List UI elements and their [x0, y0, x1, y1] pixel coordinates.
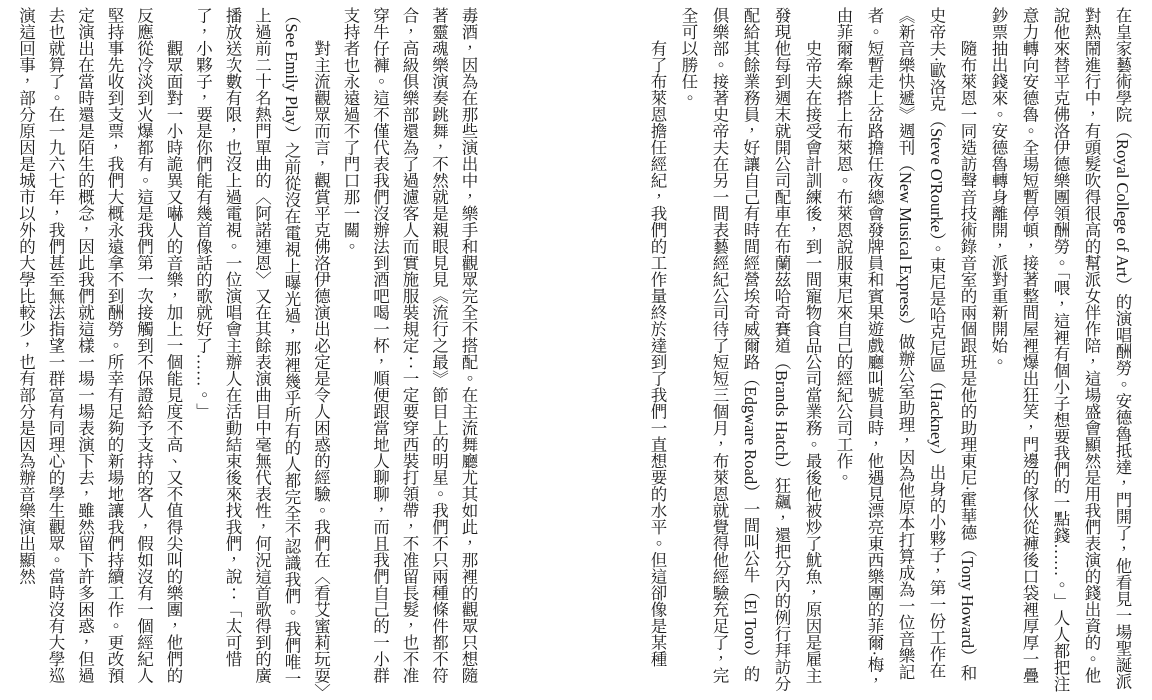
paragraph-right-4: 有了布萊恩擔任經紀，我們的工作量終於達到了我們一直想要的水平。但這卻像是某種	[642, 7, 673, 697]
paragraph-right-2: 隨布萊恩一同造訪聲音技術錄音室的兩個跟班是他的助理東尼·霍華德（Tony How…	[828, 7, 983, 697]
paragraph-right-3: 史帝夫在接受會計訓練後，到一間寵物食品公司當業務。最後他被炒了魷魚，原因是雇主發…	[673, 7, 828, 697]
paragraph-right-1: 在皇家藝術學院（Royal College of Art）的演唱酬勞。安德魯抵達…	[983, 7, 1138, 697]
page-left: 毒酒，因為在那些演出中，樂手和觀眾完全不搭配。在主流舞廳尤其如此，那裡的觀眾只想…	[11, 7, 483, 697]
paragraph-left-1: 毒酒，因為在那些演出中，樂手和觀眾完全不搭配。在主流舞廳尤其如此，那裡的觀眾只想…	[336, 7, 484, 697]
paragraph-left-2: 對主流觀眾而言，觀賞平克佛洛伊德演出必定是令人困惑的經驗。我們在〈看艾蜜莉玩耍〉…	[188, 7, 336, 697]
page-right: 在皇家藝術學院（Royal College of Art）的演唱酬勞。安德魯抵達…	[642, 7, 1138, 697]
paragraph-left-3: 觀眾面對一小時詭異又嚇人的音樂，加上一個能見度不高、又不值得尖叫的樂團，他們的反…	[11, 7, 188, 697]
book-spread: 在皇家藝術學院（Royal College of Art）的演唱酬勞。安德魯抵達…	[0, 0, 1152, 700]
